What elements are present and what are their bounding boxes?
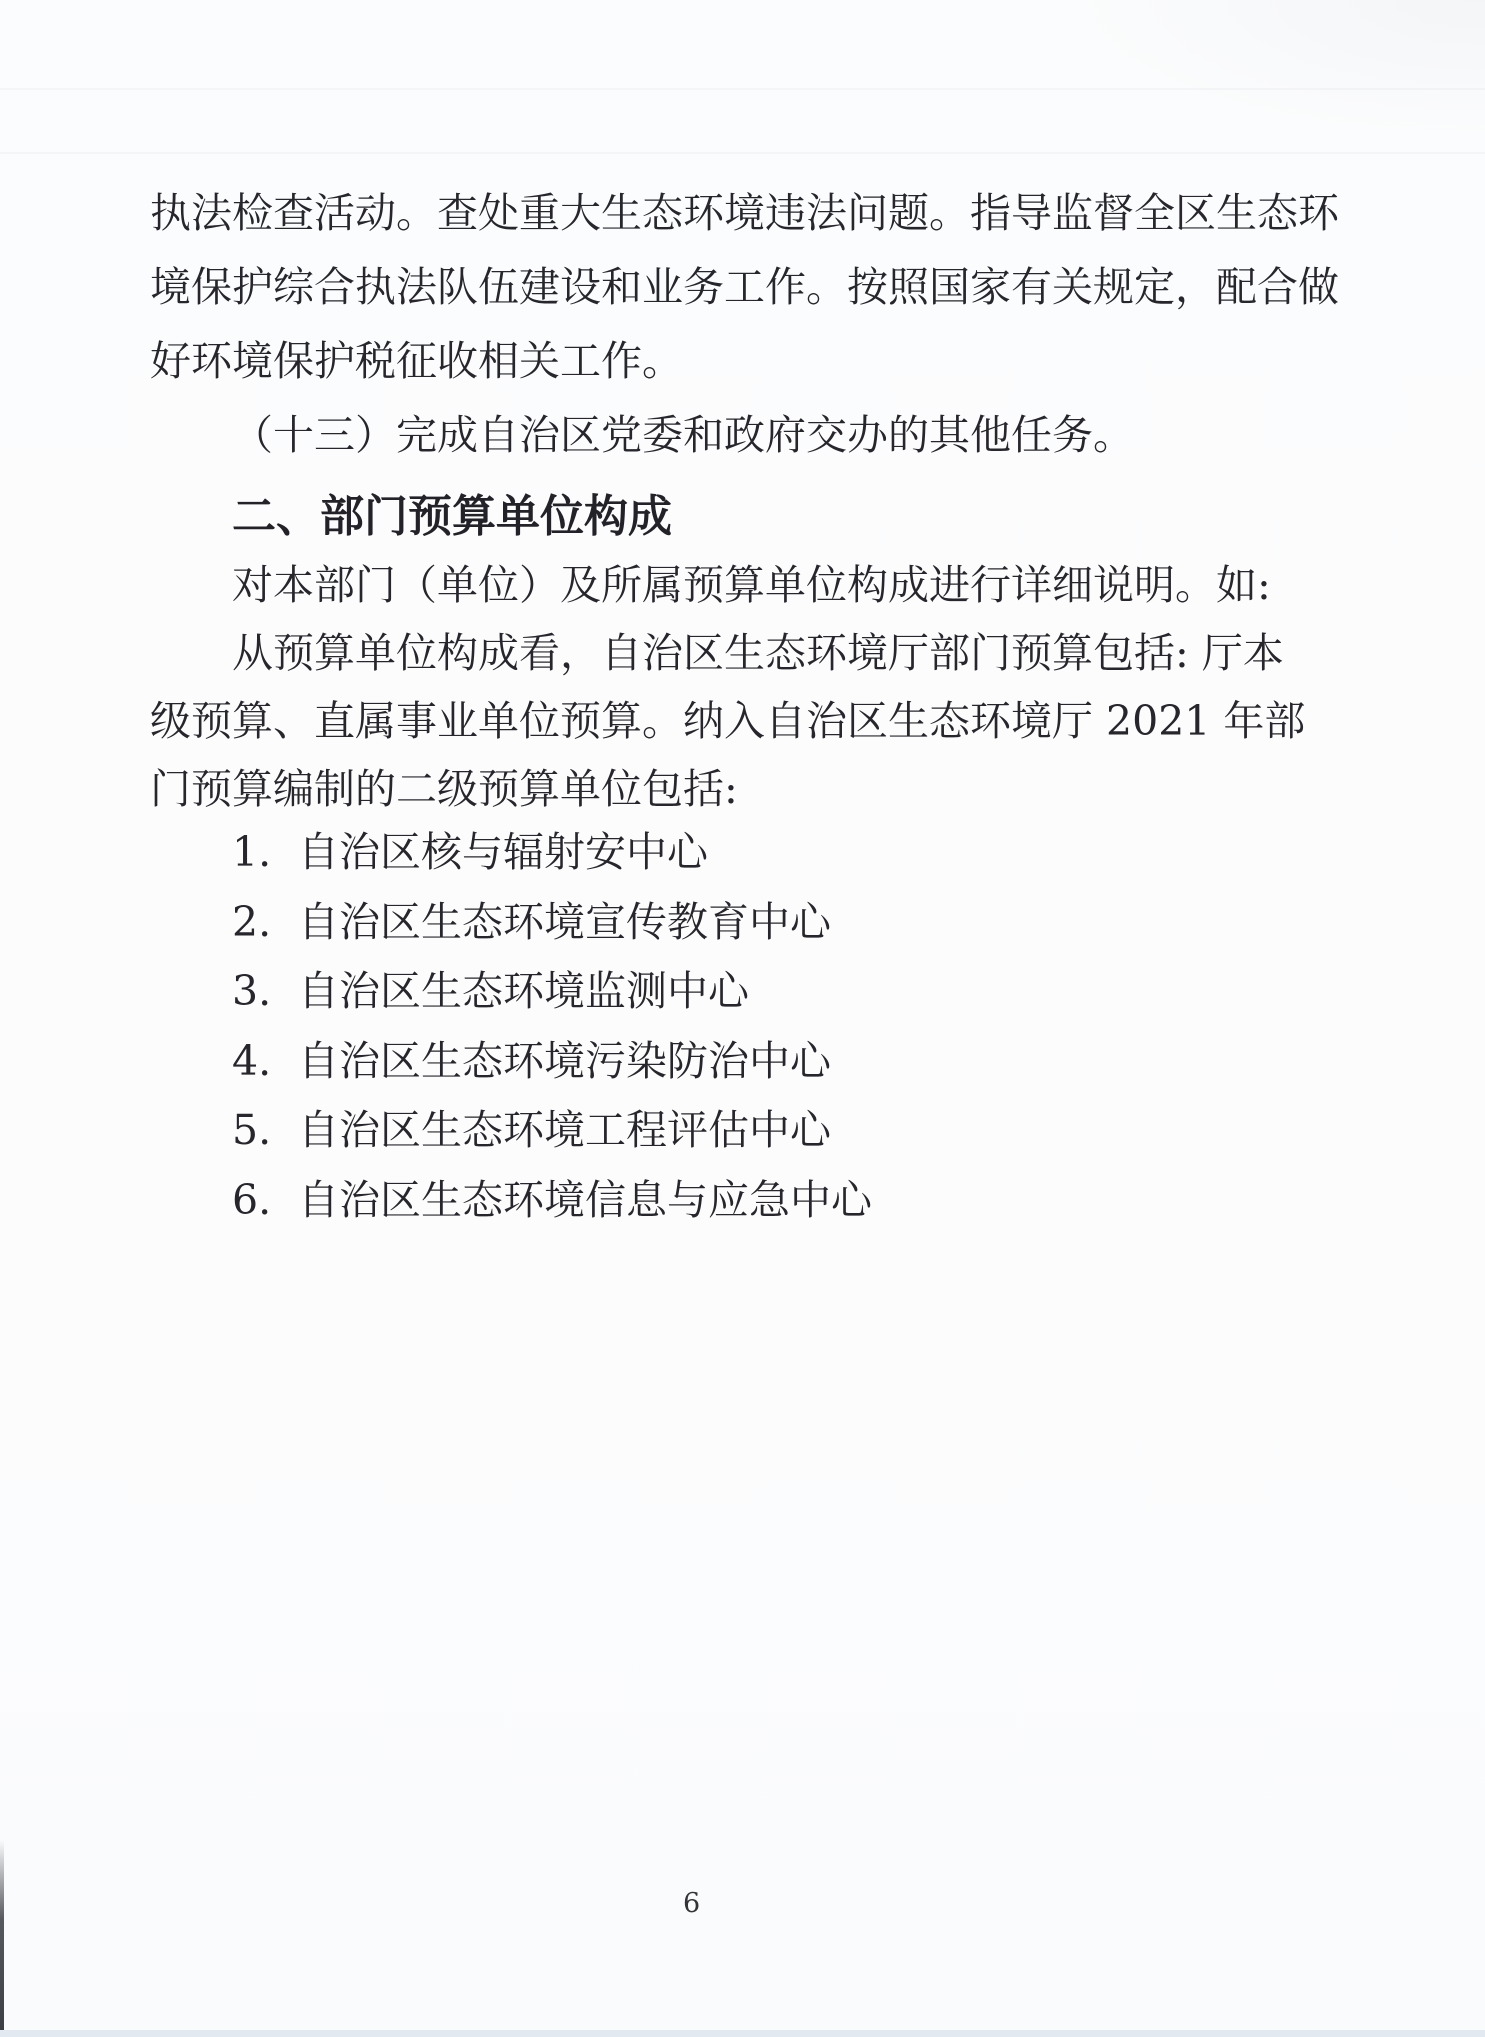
document-page: 执法检查活动。查处重大生态环境违法问题。指导监督全区生态环 境保护综合执法队伍建… [0,0,1485,2037]
budget-unit-list: 1.自治区核与辐射安中心 2.自治区生态环境宣传教育中心 3.自治区生态环境监测… [150,818,1340,1235]
list-item: 6.自治区生态环境信息与应急中心 [150,1166,1340,1236]
list-item-number: 4. [232,1027,298,1097]
list-item: 4.自治区生态环境污染防治中心 [150,1027,1340,1097]
list-item: 5.自治区生态环境工程评估中心 [150,1096,1340,1166]
list-item-text: 自治区生态环境监测中心 [298,967,749,1015]
section-two: 二、部门预算单位构成 对本部门（单位）及所属预算单位构成进行详细说明。如: 从预… [150,483,1340,823]
continuation-line-1: 执法检查活动。查处重大生态环境违法问题。指导监督全区生态环 [150,176,1340,250]
list-item-number: 3. [232,957,298,1027]
list-item-number: 6. [232,1166,298,1236]
list-item: 1.自治区核与辐射安中心 [150,818,1340,888]
list-item-text: 自治区生态环境宣传教育中心 [298,898,831,946]
budget-paragraph-line-2: 级预算、直属事业单位预算。纳入自治区生态环境厅 2021 年部 [150,687,1340,755]
budget-paragraph-line-1: 从预算单位构成看，自治区生态环境厅部门预算包括: 厅本 [150,619,1340,687]
budget-paragraph-line-3: 门预算编制的二级预算单位包括: [150,755,1340,823]
list-item: 2.自治区生态环境宣传教育中心 [150,888,1340,958]
scan-streak [0,152,1485,154]
scan-edge-shadow [0,1840,4,2037]
page-number: 6 [683,1888,700,1919]
list-item-number: 5. [232,1096,298,1166]
list-item-text: 自治区生态环境污染防治中心 [298,1037,831,1085]
scan-corner-shade [1065,0,1485,140]
paragraph-continuation: 执法检查活动。查处重大生态环境违法问题。指导监督全区生态环 境保护综合执法队伍建… [150,176,1340,472]
list-item-text: 自治区生态环境工程评估中心 [298,1106,831,1154]
continuation-line-3: 好环境保护税征收相关工作。 [150,324,1340,398]
list-item-number: 2. [232,888,298,958]
list-item-number: 1. [232,818,298,888]
list-item: 3.自治区生态环境监测中心 [150,957,1340,1027]
list-item-text: 自治区核与辐射安中心 [298,828,708,876]
section-intro-line: 对本部门（单位）及所属预算单位构成进行详细说明。如: [150,551,1340,619]
section-heading: 二、部门预算单位构成 [150,483,1340,551]
list-item-text: 自治区生态环境信息与应急中心 [298,1176,872,1224]
scan-bottom-band [0,2030,1485,2037]
item-thirteen-line: （十三）完成自治区党委和政府交办的其他任务。 [150,398,1340,472]
continuation-line-2: 境保护综合执法队伍建设和业务工作。按照国家有关规定，配合做 [150,250,1340,324]
